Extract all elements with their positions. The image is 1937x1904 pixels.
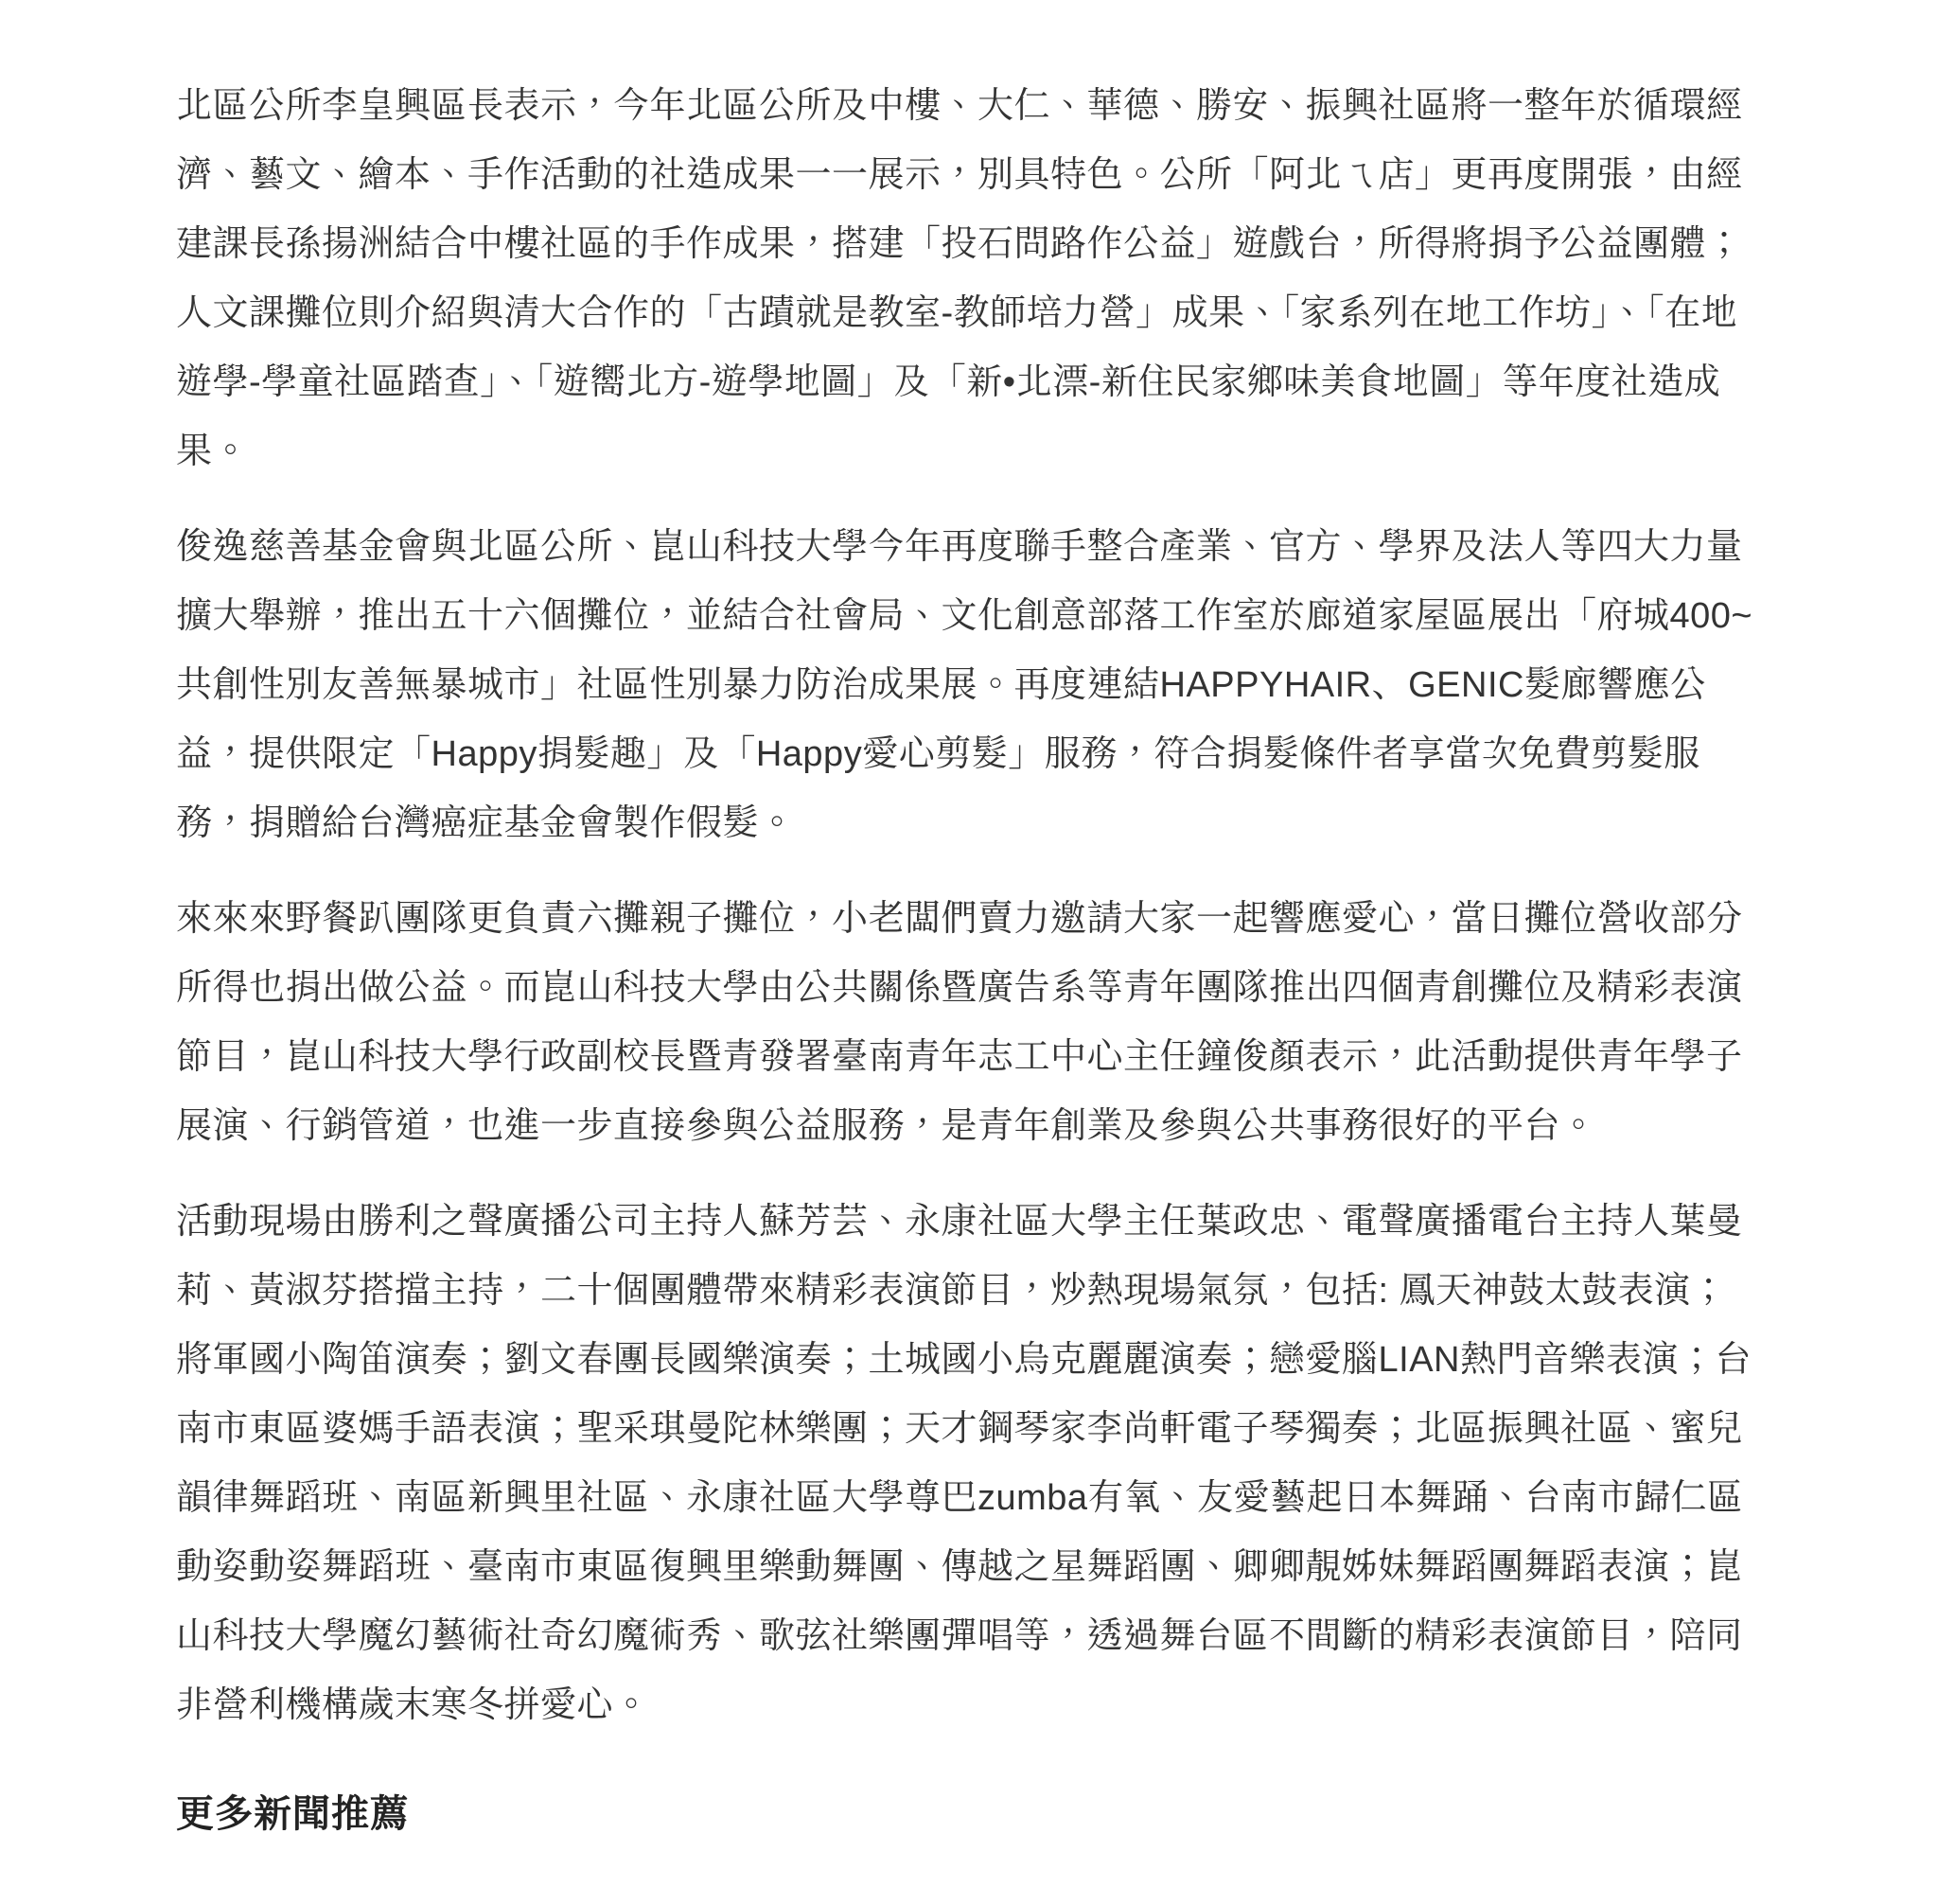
more-news-heading: 更多新聞推薦 xyxy=(176,1786,1756,1842)
article-paragraph-2: 俊逸慈善基金會與北區公所、崑山科技大學今年再度聯手整合產業、官方、學界及法人等四… xyxy=(176,513,1756,858)
article-paragraph-4: 活動現場由勝利之聲廣播公司主持人蘇芳芸、永康社區大學主任葉政忠、電聲廣播電台主持… xyxy=(176,1188,1756,1740)
page: { "page": { "background_color": "#ffffff… xyxy=(0,0,1937,1904)
article-paragraph-1: 北區公所李皇興區長表示，今年北區公所及中樓、大仁、華德、勝安、振興社區將一整年於… xyxy=(176,72,1756,486)
article-body: 北區公所李皇興區長表示，今年北區公所及中樓、大仁、華德、勝安、振興社區將一整年於… xyxy=(0,0,1937,1842)
article-paragraph-3: 來來來野餐趴團隊更負責六攤親子攤位，小老闆們賣力邀請大家一起響應愛心，當日攤位營… xyxy=(176,885,1756,1161)
